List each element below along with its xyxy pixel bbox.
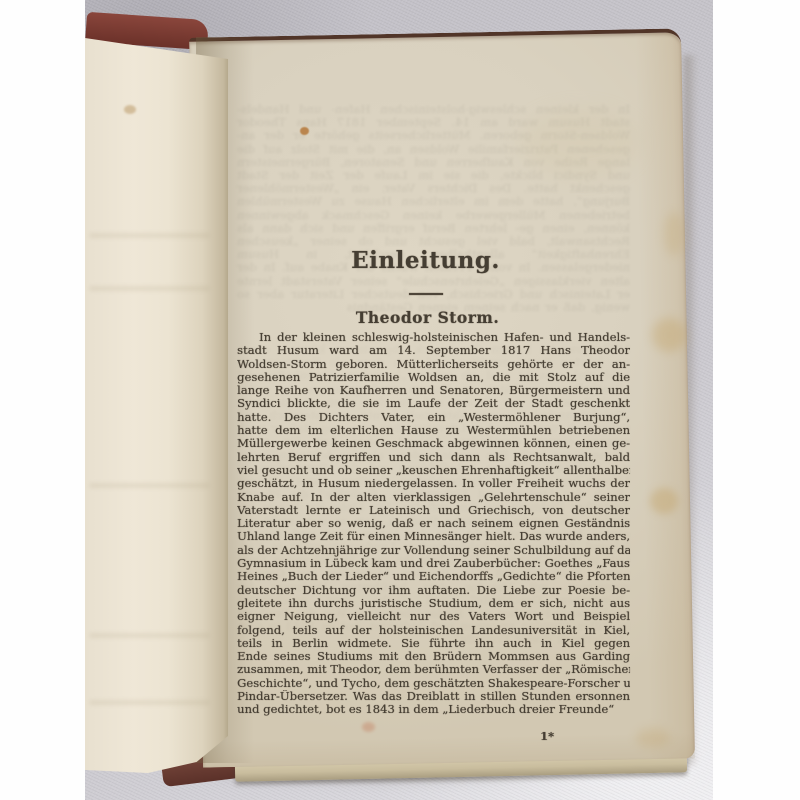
left-page: [85, 28, 228, 790]
body-line: Gymnasium in Lübeck kam und drei Zauberb…: [237, 557, 630, 570]
page-title: Einleitung.: [229, 247, 622, 274]
body-line: eigner Neigung, vielleicht nur des Vater…: [237, 610, 630, 623]
right-page-surface: In der kleinen schleswig-holsteinischen …: [196, 37, 688, 763]
show-through-streak: [89, 483, 210, 488]
photo-border-right: [713, 0, 800, 800]
body-line: Heines „Buch der Lieder“ und Eichendorff…: [237, 570, 630, 583]
show-through-streak: [89, 233, 210, 238]
body-line: deutscher Dichtung vor ihm auftaten. Die…: [237, 584, 630, 597]
body-line: Literatur aber so wenig, daß er nach sei…: [237, 517, 630, 530]
body-line: stadt Husum ward am 14. September 1817 H…: [237, 344, 630, 357]
body-line: teils in Berlin widmete. Sie führte ihn …: [237, 637, 630, 650]
body-line: Knabe auf. In der alten vierklassigen „G…: [237, 491, 630, 504]
title-divider-rule: [409, 293, 443, 295]
body-line: gesehenen Patrizierfamilie Woldsen an, d…: [237, 371, 630, 384]
page-signature-mark: 1*: [540, 729, 554, 743]
body-line: und gedichtet, bot es 1843 in dem „Liede…: [237, 703, 630, 716]
body-line: Uhland lange Zeit für einen Minnesänger …: [237, 530, 630, 543]
body-text: In der kleinen schleswig-holsteinischen …: [237, 331, 630, 717]
book-photograph: In der kleinen schleswig-holsteinischen …: [0, 0, 800, 800]
body-line: Woldsen-Storm geboren. Mütterlicherseits…: [237, 358, 630, 371]
body-line: Ende seines Studiums mit den Brüdern Mom…: [237, 650, 630, 663]
show-through-streak: [89, 700, 210, 705]
right-page: In der kleinen schleswig-holsteinischen …: [189, 28, 695, 767]
body-line: gleitete ihn durchs juristische Studium,…: [237, 597, 630, 610]
body-line: zusammen, mit Theodor, dem berühmten Ver…: [237, 663, 630, 676]
body-line: hatte. Des Dichters Vater, ein „Westermö…: [237, 411, 630, 424]
body-line: viel gesucht und ob seiner „keuschen Ehr…: [237, 464, 630, 477]
body-line: Pindar-Übersetzer. Was das Dreiblatt in …: [237, 690, 630, 703]
body-line: hatte dem im elterlichen Hause zu Wester…: [237, 424, 630, 437]
show-through-streak: [89, 286, 210, 291]
body-line: geschätzt, in Husum niedergelassen. In v…: [237, 477, 630, 490]
body-line: als der Achtzehnjährige zur Vollendung s…: [237, 544, 630, 557]
body-line: folgend, teils auf der holsteinischen La…: [237, 624, 630, 637]
body-line: Müllergewerbe keinen Geschmack abgewinne…: [237, 437, 630, 450]
body-line: lange Reihe von Kaufherren und Senatoren…: [237, 384, 630, 397]
text-column: Einleitung. Theodor Storm. In der kleine…: [237, 37, 630, 763]
body-line: In der kleinen schleswig-holsteinischen …: [237, 331, 630, 344]
section-heading: Theodor Storm.: [231, 308, 624, 327]
body-line: Geschichte“, und Tycho, dem geschätzten …: [237, 677, 630, 690]
body-line: Vaterstadt lernte er Lateinisch und Grie…: [237, 504, 630, 517]
photo-border-left: [0, 0, 85, 800]
body-line: lehrten Beruf ergriffen und sich dann al…: [237, 451, 630, 464]
body-line: Syndici blickte, die sie im Laufe der Ze…: [237, 397, 630, 410]
show-through-streak: [89, 633, 210, 638]
